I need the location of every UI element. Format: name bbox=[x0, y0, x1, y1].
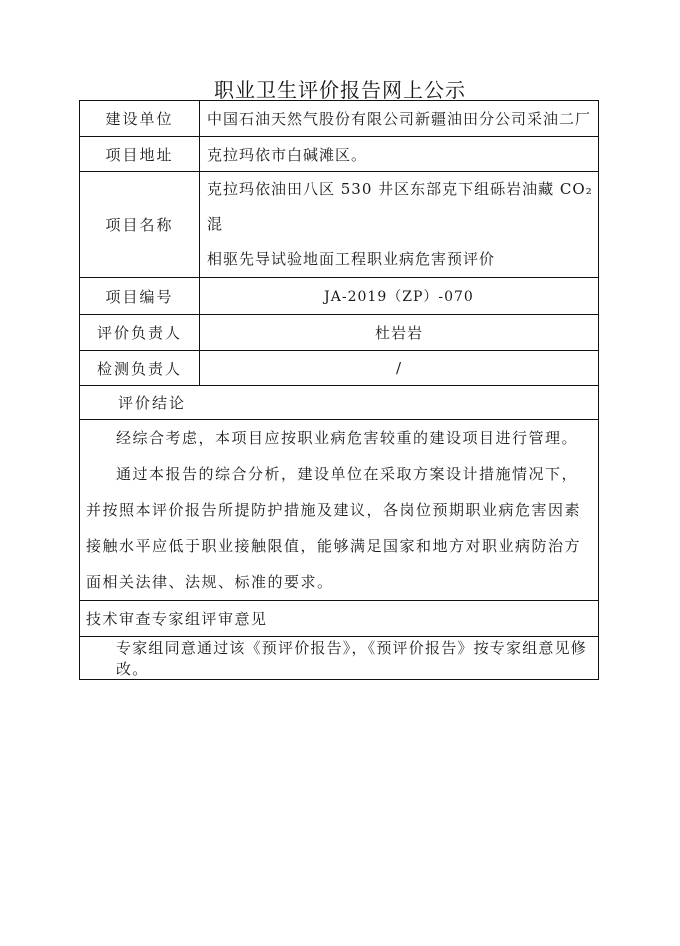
row-evaluation-lead: 评价负责人 杜岩岩 bbox=[80, 315, 599, 351]
value-testing-lead: / bbox=[200, 351, 599, 386]
label-project-number: 项目编号 bbox=[80, 278, 200, 315]
value-evaluation-lead: 杜岩岩 bbox=[200, 315, 599, 351]
conclusion-body: 经综合考虑，本项目应按职业病危害较重的建设项目进行管理。 通过本报告的综合分析，… bbox=[80, 420, 599, 601]
conclusion-paragraph-1: 经综合考虑，本项目应按职业病危害较重的建设项目进行管理。 bbox=[86, 420, 592, 456]
row-project-address: 项目地址 克拉玛依市白碱滩区。 bbox=[80, 137, 599, 172]
page-title: 职业卫生评价报告网上公示 bbox=[0, 74, 680, 103]
conclusion-label: 评价结论 bbox=[80, 386, 599, 420]
row-expert-review-header: 技术审查专家组评审意见 bbox=[80, 601, 599, 637]
label-project-name: 项目名称 bbox=[80, 172, 200, 278]
row-conclusion-body: 经综合考虑，本项目应按职业病危害较重的建设项目进行管理。 通过本报告的综合分析，… bbox=[80, 420, 599, 601]
row-project-number: 项目编号 JA-2019（ZP）-070 bbox=[80, 278, 599, 315]
row-testing-lead: 检测负责人 / bbox=[80, 351, 599, 386]
label-evaluation-lead: 评价负责人 bbox=[80, 315, 200, 351]
value-construction-unit: 中国石油天然气股份有限公司新疆油田分公司采油二厂 bbox=[200, 101, 599, 137]
label-construction-unit: 建设单位 bbox=[80, 101, 200, 137]
project-name-line-1: 克拉玛依油田八区 530 井区东部克下组砾岩油藏 CO₂混 bbox=[207, 172, 598, 242]
conclusion-paragraph-2: 通过本报告的综合分析，建设单位在采取方案设计措施情况下，并按照本评价报告所提防护… bbox=[86, 456, 592, 600]
row-project-name: 项目名称 克拉玛依油田八区 530 井区东部克下组砾岩油藏 CO₂混 相驱先导试… bbox=[80, 172, 599, 278]
project-name-line-2: 相驱先导试验地面工程职业病危害预评价 bbox=[207, 242, 598, 277]
label-project-address: 项目地址 bbox=[80, 137, 200, 172]
value-project-address: 克拉玛依市白碱滩区。 bbox=[200, 137, 599, 172]
label-testing-lead: 检测负责人 bbox=[80, 351, 200, 386]
row-conclusion-header: 评价结论 bbox=[80, 386, 599, 420]
row-expert-review-body: 专家组同意通过该《预评价报告》，《预评价报告》按专家组意见修改。 bbox=[80, 637, 599, 680]
disclosure-table: 建设单位 中国石油天然气股份有限公司新疆油田分公司采油二厂 项目地址 克拉玛依市… bbox=[79, 100, 599, 680]
expert-review-opinion: 专家组同意通过该《预评价报告》，《预评价报告》按专家组意见修改。 bbox=[80, 637, 599, 680]
value-project-number: JA-2019（ZP）-070 bbox=[200, 278, 599, 315]
value-project-name: 克拉玛依油田八区 530 井区东部克下组砾岩油藏 CO₂混 相驱先导试验地面工程… bbox=[200, 172, 599, 278]
expert-review-label: 技术审查专家组评审意见 bbox=[80, 601, 599, 637]
row-construction-unit: 建设单位 中国石油天然气股份有限公司新疆油田分公司采油二厂 bbox=[80, 101, 599, 137]
